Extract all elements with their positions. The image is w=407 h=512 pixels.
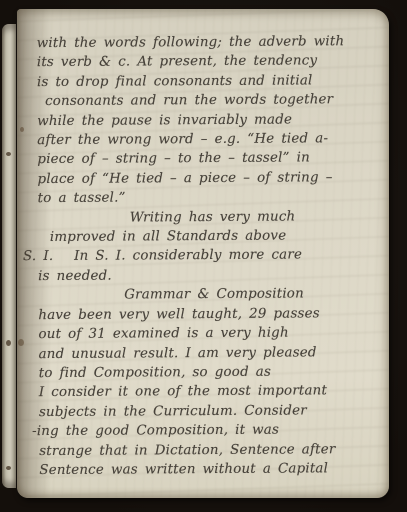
handwriting-line: Writing has very much	[130, 207, 387, 228]
handwriting-line: Sentence was written without a Capital	[39, 459, 388, 481]
handwriting-line: is to drop final consonants and initial	[37, 71, 386, 93]
handwriting-line: subjects in the Curriculum. Consider	[39, 401, 388, 423]
handwriting-line: to find Composition, so good as	[39, 362, 388, 384]
handwriting-line: strange that in Dictation, Sentence afte…	[39, 439, 388, 461]
handwriting-line: I consider it one of the most important	[39, 381, 388, 403]
handwriting-line: have been very well taught, 29 passes	[38, 304, 387, 326]
handwriting-line: S. I. In S. I. considerably more care	[23, 245, 387, 267]
handwriting-line: Grammar & Composition	[124, 284, 387, 305]
page-edge-speck	[6, 340, 11, 346]
previous-page-edge	[2, 24, 16, 488]
handwriting-line: consonants and run the words together	[45, 90, 386, 111]
handwriting-line: while the pause is invariably made	[37, 110, 386, 132]
paper-stain	[18, 339, 24, 346]
handwriting-line: to a tassel.”	[38, 187, 387, 209]
photo-background: with the words following; the adverb wit…	[0, 0, 407, 512]
handwriting-line: out of 31 examined is a very high	[38, 323, 387, 345]
handwriting-line: after the wrong word – e.g. “He tied a-	[37, 129, 386, 151]
handwriting-line: and unusual result. I am very pleased	[39, 342, 388, 364]
manuscript-page: with the words following; the adverb wit…	[17, 9, 389, 498]
handwriting-line: improved in all Standards above	[50, 226, 387, 247]
handwriting-line: with the words following; the adverb wit…	[37, 32, 386, 54]
handwriting-line: -ing the good Composition, it was	[32, 420, 388, 442]
handwriting-text-block: with the words following; the adverb wit…	[37, 32, 389, 480]
handwriting-line: is needed.	[38, 265, 387, 287]
page-edge-speck	[6, 466, 11, 470]
paper-stain	[20, 127, 24, 132]
page-edge-speck	[6, 152, 11, 156]
handwriting-line: its verb & c. At present, the tendency	[37, 51, 386, 73]
handwriting-line: piece of – string – to the – tassel” in	[37, 148, 386, 170]
handwriting-line: place of “He tied – a piece – of string …	[37, 168, 386, 190]
